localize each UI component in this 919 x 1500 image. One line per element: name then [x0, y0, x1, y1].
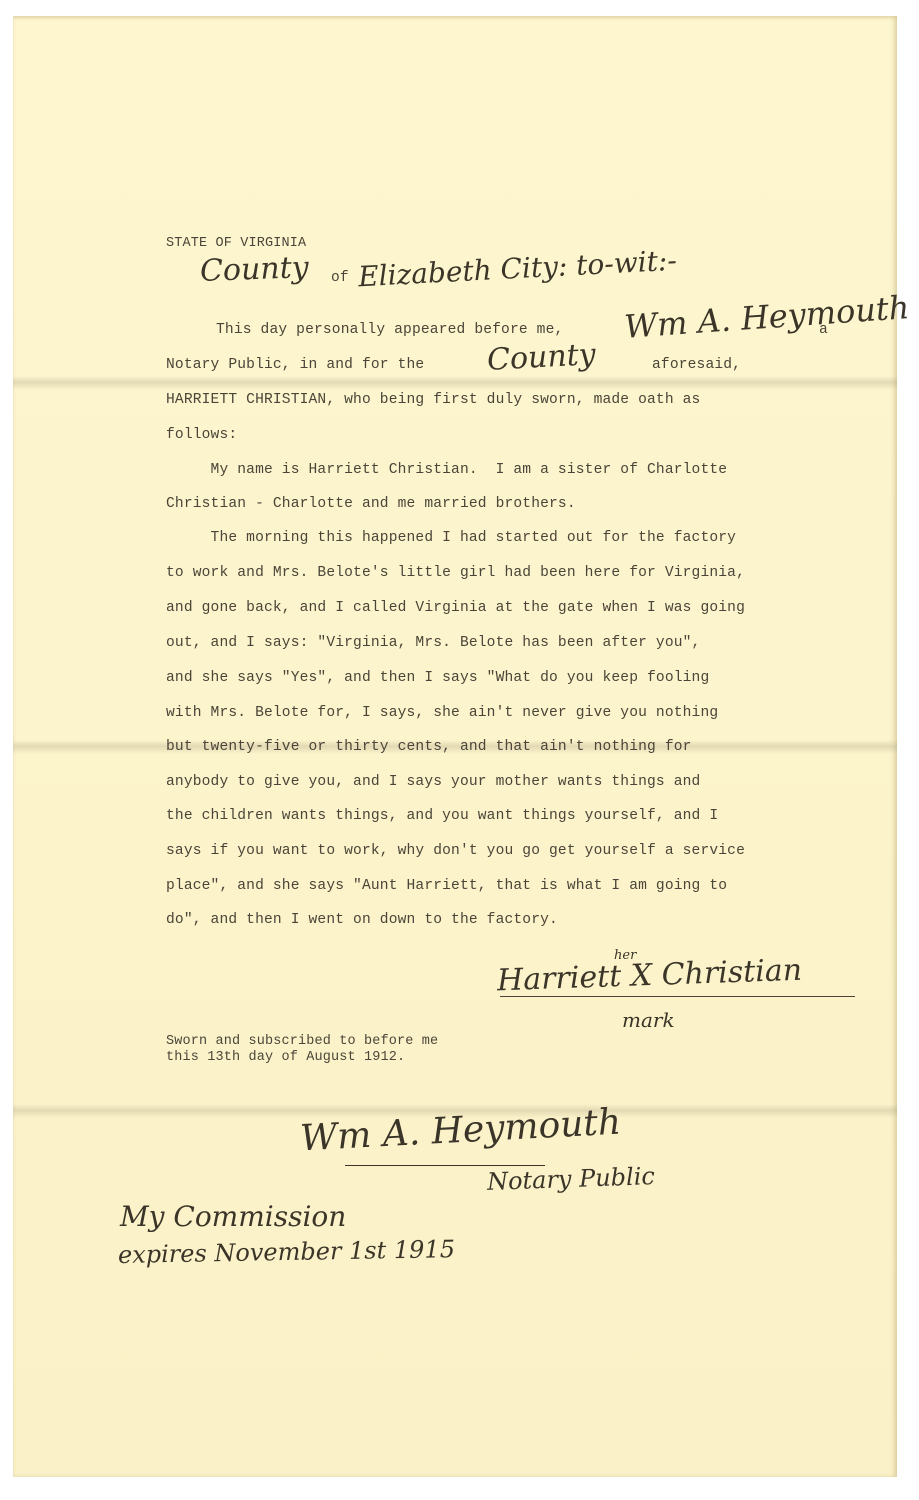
- notary-signature-line: [345, 1165, 545, 1166]
- commission-line-1: My Commission: [120, 1200, 346, 1233]
- intro-line-1-end: a: [819, 322, 828, 338]
- intro-line-3: HARRIETT CHRISTIAN, who being first duly…: [166, 392, 700, 408]
- county-of-label: of: [331, 270, 349, 286]
- notary-title: Notary Public: [487, 1162, 656, 1196]
- commission-line-2: expires November 1st 1915: [118, 1235, 455, 1269]
- body-line: out, and I says: "Virginia, Mrs. Belote …: [166, 635, 700, 651]
- affiant-her-label: her: [614, 948, 636, 963]
- body-line: do", and then I went on down to the fact…: [166, 912, 558, 928]
- jurat-line-1: Sworn and subscribed to before me: [166, 1034, 438, 1049]
- body-line: to work and Mrs. Belote's little girl ha…: [166, 565, 745, 581]
- body-line: Christian - Charlotte and me married bro…: [166, 496, 576, 512]
- body-line: The morning this happened I had started …: [166, 530, 736, 546]
- body-line: and gone back, and I called Virginia at …: [166, 600, 745, 616]
- body-line: My name is Harriett Christian. I am a si…: [166, 462, 727, 478]
- body-line: the children wants things, and you want …: [166, 808, 718, 824]
- body-line: place", and she says "Aunt Harriett, tha…: [166, 878, 727, 894]
- intro-line-1: This day personally appeared before me,: [216, 322, 563, 338]
- intro-line-2: Notary Public, in and for the: [166, 357, 424, 373]
- fold-crease: [13, 376, 897, 390]
- state-heading: STATE OF VIRGINIA: [166, 236, 306, 251]
- body-line: with Mrs. Belote for, I says, she ain't …: [166, 705, 718, 721]
- jurisdiction-handwritten: County: [486, 337, 596, 378]
- county-handwritten: County: [199, 250, 309, 289]
- affiant-mark-label: mark: [622, 1008, 675, 1032]
- body-line: says if you want to work, why don't you …: [166, 843, 745, 859]
- signature-line: [500, 996, 855, 997]
- jurat-line-2: this 13th day of August 1912.: [166, 1050, 405, 1065]
- intro-line-4: follows:: [166, 427, 237, 443]
- body-line: but twenty-five or thirty cents, and tha…: [166, 739, 692, 755]
- body-line: and she says "Yes", and then I says "Wha…: [166, 670, 709, 686]
- body-line: anybody to give you, and I says your mot…: [166, 774, 700, 790]
- intro-line-2-end: aforesaid,: [652, 357, 741, 373]
